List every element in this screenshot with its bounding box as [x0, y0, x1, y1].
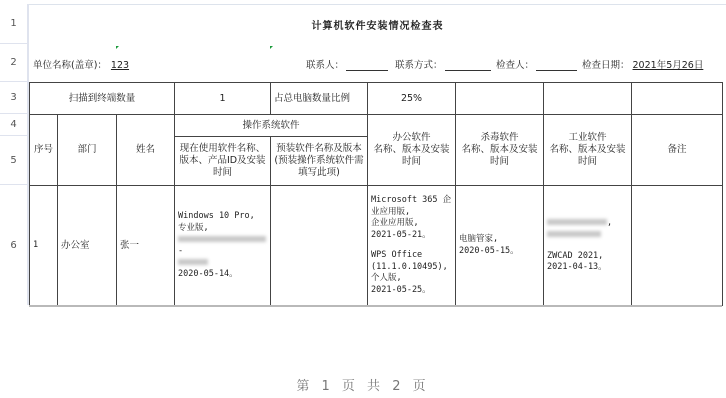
header-remarks[interactable]: 备注 [631, 114, 723, 186]
row-number: 4 [10, 119, 16, 130]
inspection-date-value: 2021年5月26日 [633, 57, 704, 71]
inspection-date-label: 检查日期： [582, 57, 630, 71]
empty-cell[interactable] [631, 82, 723, 115]
contact-value [346, 61, 388, 71]
cell-office[interactable]: Microsoft 365 企业应用版, 企业应用版, 2021-05-21。 … [367, 185, 456, 306]
row-number: 3 [10, 92, 16, 103]
office-date-2: 2021-05-25。 [371, 285, 431, 297]
office-software-1: Microsoft 365 企业应用版, [371, 195, 453, 218]
empty-cell[interactable] [543, 82, 632, 115]
inspection-date-field[interactable]: 检查日期： 2021年5月26日 [582, 44, 703, 82]
header-os-preinstalled[interactable]: 预装软件名称及版本(预装操作系统软件需填写此项) [270, 136, 368, 186]
row-header-3[interactable]: 3 [0, 82, 29, 114]
cell-os-current[interactable]: Windows 10 Pro, 专业版, - 2020-05-14。 [174, 185, 271, 306]
header-name[interactable]: 姓名 [116, 114, 175, 186]
cell-dept[interactable]: 办公室 [57, 185, 117, 306]
redacted-product-id [178, 257, 208, 269]
industrial-software-name: ZWCAD 2021, [547, 251, 603, 263]
unit-name-label: 单位名称(盖章)： [33, 57, 107, 71]
row-number: 2 [10, 57, 16, 68]
page-break-line [29, 305, 722, 307]
header-industrial[interactable]: 工业软件 名称、版本及安装时间 [543, 114, 632, 186]
row-header-6[interactable]: 6 [0, 185, 29, 305]
unit-name-value: 123 [111, 60, 129, 71]
cell-comment-indicator [270, 46, 273, 49]
row-header-4[interactable]: 4 [0, 114, 29, 136]
header-os-current[interactable]: 现在使用软件名称、版本、产品ID及安装时间 [174, 136, 271, 186]
phone-field[interactable]: 联系方式： [395, 44, 491, 82]
contact-field[interactable]: 联系人： [306, 44, 388, 82]
empty-cell[interactable] [455, 82, 544, 115]
office-version-2: (11.1.0.10495), [371, 262, 448, 274]
header-office[interactable]: 办公软件 名称、版本及安装时间 [367, 114, 456, 186]
inspector-label: 检查人： [496, 57, 534, 71]
cell-industrial[interactable]: , ZWCAD 2021, 2021-04-13。 [543, 185, 632, 306]
cell-os-preinstalled[interactable] [270, 185, 368, 306]
unit-name-field[interactable]: 单位名称(盖章)： 123 [33, 44, 129, 82]
computer-ratio-value[interactable]: 25% [367, 82, 456, 115]
redacted-software: , [547, 218, 612, 230]
row-number: 5 [10, 155, 16, 166]
contact-label: 联系人： [306, 57, 344, 71]
cell-antivirus[interactable]: 电脑管家, 2020-05-15。 [455, 185, 544, 306]
office-edition-1: 企业应用版, [371, 218, 419, 230]
row-header-2[interactable]: 2 [0, 44, 29, 82]
phone-label: 联系方式： [395, 57, 443, 71]
cell-remarks[interactable] [631, 185, 723, 306]
header-antivirus[interactable]: 杀毒软件 名称、版本及安装时间 [455, 114, 544, 186]
scanned-terminals-label[interactable]: 扫描到终端数量 [29, 82, 175, 115]
header-seq[interactable]: 序号 [29, 114, 58, 186]
row-header-5[interactable]: 5 [0, 136, 29, 185]
header-os-group[interactable]: 操作系统软件 [174, 114, 368, 137]
computer-ratio-label[interactable]: 占总电脑数量比例 [270, 82, 368, 115]
os-name: Windows 10 Pro, [178, 211, 255, 223]
os-edition: 专业版, [178, 223, 209, 235]
phone-value [445, 61, 491, 71]
header-dept[interactable]: 部门 [57, 114, 117, 186]
antivirus-date: 2020-05-15。 [459, 246, 519, 258]
redacted-date [547, 229, 601, 241]
sheet-title[interactable]: 计算机软件安装情况检查表 [29, 4, 726, 44]
page-indicator: 第 1 页 共 2 页 [0, 375, 726, 394]
antivirus-name: 电脑管家, [459, 234, 498, 246]
row-number: 1 [10, 18, 16, 29]
office-date-1: 2021-05-21。 [371, 230, 431, 242]
inspector-field[interactable]: 检查人： [496, 44, 577, 82]
scanned-terminals-value[interactable]: 1 [174, 82, 271, 115]
inspector-value [536, 61, 577, 71]
row-number: 6 [10, 240, 16, 251]
redacted-product-id: - [178, 234, 270, 257]
cell-name[interactable]: 张一 [116, 185, 175, 306]
os-install-date: 2020-05-14。 [178, 269, 238, 281]
industrial-install-date: 2021-04-13。 [547, 262, 607, 274]
cell-seq[interactable]: 1 [29, 185, 58, 306]
office-edition-2: 个人版, [371, 273, 402, 285]
row-header-1[interactable]: 1 [0, 4, 29, 44]
office-software-2: WPS Office [371, 250, 422, 262]
